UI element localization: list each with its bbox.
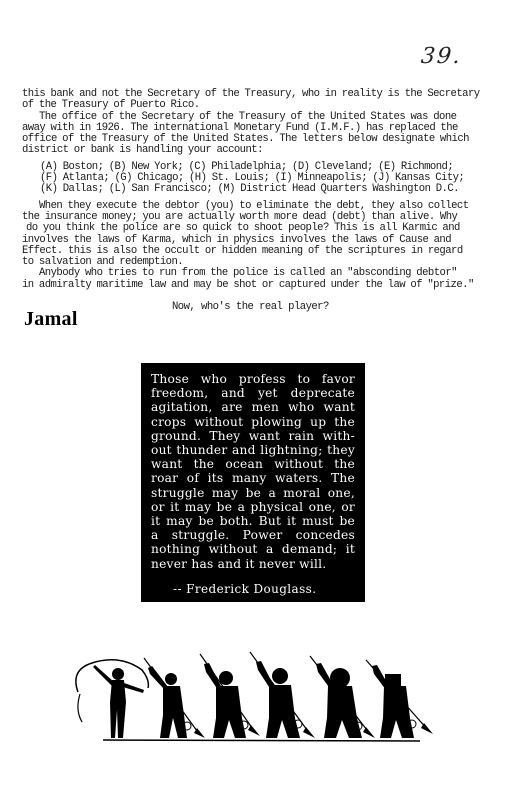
district-line: (K) Dallas; (L) San Francisco; (M) Distr… xyxy=(40,184,508,195)
quote-line: roar of its many waters. The xyxy=(151,471,355,485)
closing-question: Now, who's the real player? xyxy=(172,301,329,313)
quote-line: Those who profess to favor xyxy=(151,372,355,386)
quote-box: Those who profess to favor freedom, and … xyxy=(141,363,365,602)
signature: Jamal xyxy=(24,308,78,331)
quote-line: freedom, and yet deprecate xyxy=(151,386,355,400)
quote-author: -- Frederick Douglass. xyxy=(151,582,355,596)
quote-line: a struggle. Power concedes xyxy=(151,528,355,542)
quote-line: agitation, are men who want xyxy=(151,400,355,414)
spear-figure-icon xyxy=(144,658,205,738)
quote-line: struggle may be a moral one, xyxy=(151,486,355,500)
quote-line: ground. They want rain with- xyxy=(151,429,355,443)
quote-line: crops without plowing up the xyxy=(151,415,355,429)
paragraph-4-line: in admiralty maritime law and may be sho… xyxy=(22,280,508,291)
spear-figure-icon xyxy=(366,660,433,738)
spear-figure-icon xyxy=(250,652,315,738)
spear-figure-icon xyxy=(310,656,375,738)
body-text: this bank and not the Secretary of the T… xyxy=(22,89,508,291)
district-list: (A) Boston; (B) New York; (C) Philadelph… xyxy=(22,162,508,196)
paragraph-1-line: of the Treasury of Puerto Rico. xyxy=(22,100,508,111)
archer-figure-icon xyxy=(76,660,149,738)
quote-line: out thunder and lightning; they xyxy=(151,443,355,457)
quote-text: Those who profess to favor freedom, and … xyxy=(151,372,355,571)
quote-line: want the ocean without the xyxy=(151,457,355,471)
quote-line: or it may be a physical one, or xyxy=(151,500,355,514)
quote-line: never has and it never will. xyxy=(151,557,355,571)
paragraph-2-line: district or bank is handling your accoun… xyxy=(22,145,508,156)
silhouette-figures-illustration xyxy=(70,630,470,750)
spear-figure-icon xyxy=(200,654,260,738)
quote-line: nothing without a demand; it xyxy=(151,542,355,556)
page-number: 39. xyxy=(420,44,464,69)
quote-line: it may be both. But it must be xyxy=(151,514,355,528)
paragraph-3-line: do you think the police are so quick to … xyxy=(22,223,508,234)
